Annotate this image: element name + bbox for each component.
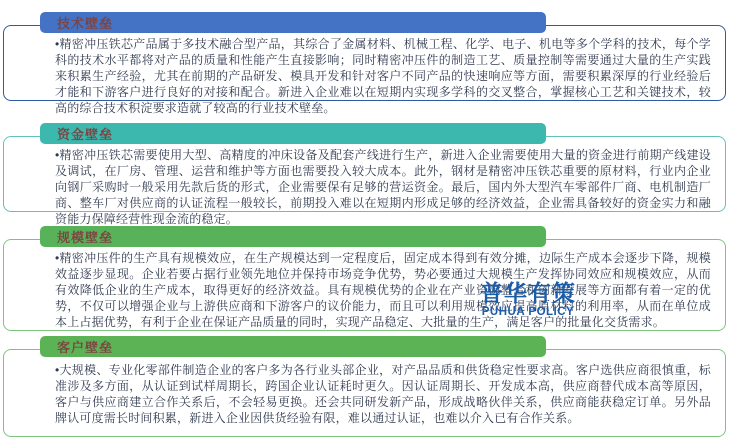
scale-barrier-title: 规模壁垒 [57, 227, 113, 246]
customer-barrier-tab: 客户壁垒 [40, 336, 546, 357]
customer-barrier-box: •大规模、专业化零部件制造企业的客户多为各行业头部企业，对产品品质和供货稳定性要… [3, 349, 726, 437]
capital-barrier-title: 资金壁垒 [57, 124, 113, 143]
scale-barrier-tab: 规模壁垒 [40, 226, 546, 247]
technical-barrier-text: •精密冲压铁芯产品属于多技术融合型产品，其综合了金属材料、机械工程、化学、电子、… [4, 26, 725, 116]
technical-barrier-tab: 技术壁垒 [40, 12, 546, 33]
capital-barrier-text: •精密冲压铁芯需要使用大型、高精度的冲床设备及配套产线进行生产，新进入企业需要使… [4, 137, 725, 227]
customer-barrier-text: •大规模、专业化零部件制造企业的客户多为各行业头部企业，对产品品质和供货稳定性要… [4, 350, 725, 426]
scale-barrier-text: •精密冲压件的生产具有规模效应，在生产规模达到一定程度后，固定成本得到有效分摊，… [4, 240, 725, 330]
section-scale-barrier: •精密冲压件的生产具有规模效应，在生产规模达到一定程度后，固定成本得到有效分摊，… [0, 226, 732, 332]
section-customer-barrier: •大规模、专业化零部件制造企业的客户多为各行业头部企业，对产品品质和供货稳定性要… [0, 336, 732, 438]
barriers-infographic: •精密冲压铁芯产品属于多技术融合型产品，其综合了金属材料、机械工程、化学、电子、… [0, 0, 732, 443]
section-capital-barrier: •精密冲压铁芯需要使用大型、高精度的冲床设备及配套产线进行生产，新进入企业需要使… [0, 123, 732, 213]
capital-barrier-tab: 资金壁垒 [40, 123, 546, 144]
scale-barrier-box: •精密冲压件的生产具有规模效应，在生产规模达到一定程度后，固定成本得到有效分摊，… [3, 239, 726, 331]
capital-barrier-box: •精密冲压铁芯需要使用大型、高精度的冲床设备及配套产线进行生产，新进入企业需要使… [3, 136, 726, 212]
technical-barrier-box: •精密冲压铁芯产品属于多技术融合型产品，其综合了金属材料、机械工程、化学、电子、… [3, 25, 726, 101]
section-technical-barrier: •精密冲压铁芯产品属于多技术融合型产品，其综合了金属材料、机械工程、化学、电子、… [0, 12, 732, 102]
technical-barrier-title: 技术壁垒 [57, 13, 113, 32]
customer-barrier-title: 客户壁垒 [57, 337, 113, 356]
